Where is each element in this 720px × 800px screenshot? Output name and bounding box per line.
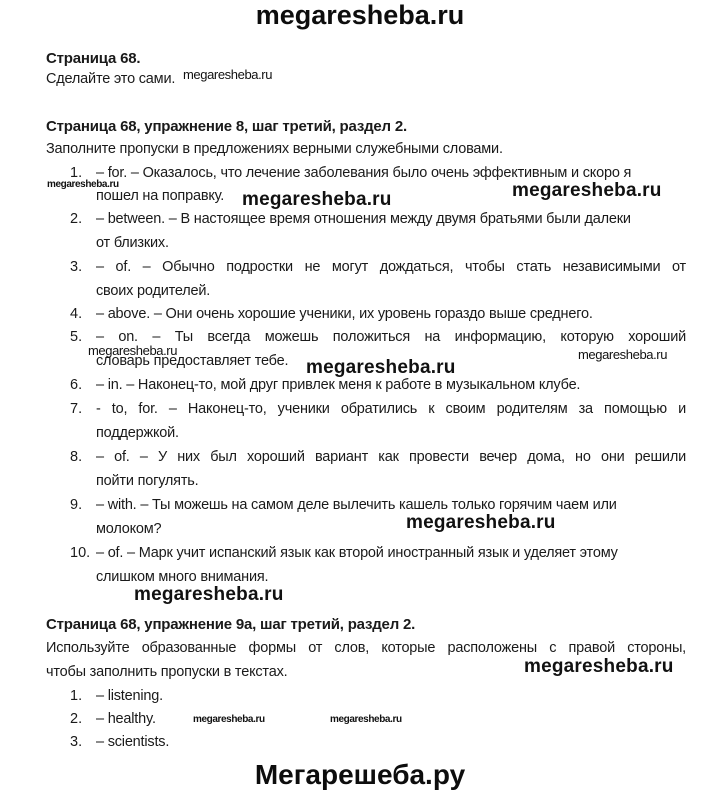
- list-item-text: – scientists.: [96, 734, 169, 750]
- section2-instruction: Заполните пропуски в предложениях верным…: [46, 141, 503, 157]
- watermark: megaresheba.ru: [306, 357, 456, 379]
- list-item-number: 3.: [70, 734, 82, 750]
- watermark: megaresheba.ru: [242, 189, 392, 211]
- section1-heading: Страница 68.: [46, 50, 140, 67]
- list-item-number: 7.: [70, 401, 82, 417]
- list-item-number: 2.: [70, 211, 82, 227]
- list-item-number: 5.: [70, 329, 82, 345]
- list-item-text-cont: пойти погулять.: [96, 473, 198, 489]
- section1-text: Сделайте это сами.: [46, 71, 175, 87]
- watermark: megaresheba.ru: [578, 347, 667, 362]
- watermark: megaresheba.ru: [524, 656, 674, 678]
- list-item-text: - to, for. – Наконец-то, ученики обратил…: [96, 401, 686, 417]
- list-item-number: 10.: [70, 545, 90, 561]
- list-item-text-cont: поддержкой.: [96, 425, 179, 441]
- list-item-number: 6.: [70, 377, 82, 393]
- list-item-text: – above. – Они очень хорошие ученики, их…: [96, 306, 593, 322]
- list-item-text: – of. – У них был хороший вариант как пр…: [96, 449, 686, 465]
- list-item-text: – listening.: [96, 688, 163, 704]
- list-item-text: – healthy.: [96, 711, 156, 727]
- list-item-number: 2.: [70, 711, 82, 727]
- list-item-number: 1.: [70, 688, 82, 704]
- list-item-number: 3.: [70, 259, 82, 275]
- site-footer-watermark: Мегарешеба.ру: [0, 759, 720, 791]
- list-item-text: – on. – Ты всегда можешь положиться на и…: [96, 329, 686, 345]
- list-item-number: 4.: [70, 306, 82, 322]
- list-item-number: 9.: [70, 497, 82, 513]
- list-item-text-cont: от близких.: [96, 235, 169, 251]
- list-item-text-cont: своих родителей.: [96, 283, 210, 299]
- section3-heading: Страница 68, упражнение 9a, шаг третий, …: [46, 616, 415, 633]
- list-item-text: – for. – Оказалось, что лечение заболева…: [96, 165, 631, 181]
- section2-heading: Страница 68, упражнение 8, шаг третий, р…: [46, 118, 407, 135]
- watermark: megaresheba.ru: [406, 512, 556, 534]
- list-item-text-cont: пошел на поправку.: [96, 188, 224, 204]
- watermark: megaresheba.ru: [47, 179, 119, 190]
- list-item-text-cont: слишком много внимания.: [96, 569, 268, 585]
- watermark: megaresheba.ru: [193, 714, 265, 725]
- watermark: megaresheba.ru: [512, 180, 662, 202]
- site-header-watermark: megaresheba.ru: [0, 0, 720, 31]
- list-item-number: 8.: [70, 449, 82, 465]
- watermark: megaresheba.ru: [88, 343, 177, 358]
- list-item-text: – in. – Наконец-то, мой друг привлек мен…: [96, 377, 580, 393]
- section3-instruction: Используйте образованные формы от слов, …: [46, 640, 686, 656]
- watermark: megaresheba.ru: [183, 67, 272, 82]
- watermark: megaresheba.ru: [330, 714, 402, 725]
- list-item-text: – of. – Обычно подростки не могут дождат…: [96, 259, 686, 275]
- list-item-text: – between. – В настоящее время отношения…: [96, 211, 631, 227]
- watermark: megaresheba.ru: [134, 584, 284, 606]
- list-item-text-cont: молоком?: [96, 521, 161, 537]
- list-item-text: – with. – Ты можешь на самом деле вылечи…: [96, 497, 617, 513]
- list-item-text: – of. – Марк учит испанский язык как вто…: [96, 545, 618, 561]
- section3-instruction-cont: чтобы заполнить пропуски в текстах.: [46, 664, 287, 680]
